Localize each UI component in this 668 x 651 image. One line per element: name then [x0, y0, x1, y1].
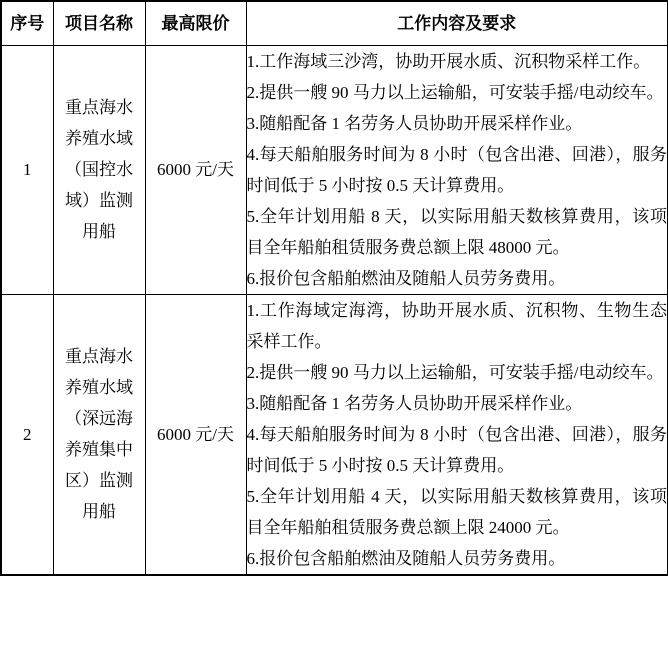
- row2-work-item-1: 1.工作海域定海湾，协助开展水质、沉积物、生物生态采样工作。: [247, 295, 668, 357]
- row2-max-price: 6000 元/天: [145, 294, 246, 575]
- row2-work-item-3: 3.随船配备 1 名劳务人员协助开展采样作业。: [247, 388, 668, 419]
- row1-work-content: 1.工作海域三沙湾，协助开展水质、沉积物采样工作。 2.提供一艘 90 马力以上…: [246, 45, 668, 294]
- row1-serial-number: 1: [1, 45, 53, 294]
- row2-project-name: 重点海水 养殖水域 （深远海 养殖集中 区）监测 用船: [53, 294, 145, 575]
- table-row: 2 重点海水 养殖水域 （深远海 养殖集中 区）监测 用船 6000 元/天 1…: [1, 294, 668, 575]
- row2-serial-number: 2: [1, 294, 53, 575]
- row1-work-item-6: 6.报价包含船舶燃油及随船人员劳务费用。: [247, 263, 668, 294]
- row1-max-price: 6000 元/天: [145, 45, 246, 294]
- row1-project-name: 重点海水 养殖水域 （国控水 域）监测 用船: [53, 45, 145, 294]
- row2-work-content: 1.工作海域定海湾，协助开展水质、沉积物、生物生态采样工作。 2.提供一艘 90…: [246, 294, 668, 575]
- row1-work-item-4: 4.每天船舶服务时间为 8 小时（包含出港、回港），服务时间低于 5 小时按 0…: [247, 139, 668, 201]
- row1-work-item-2: 2.提供一艘 90 马力以上运输船，可安装手摇/电动绞车。: [247, 77, 668, 108]
- table-row: 1 重点海水 养殖水域 （国控水 域）监测 用船 6000 元/天 1.工作海域…: [1, 45, 668, 294]
- row1-work-item-1: 1.工作海域三沙湾，协助开展水质、沉积物采样工作。: [247, 46, 668, 77]
- header-max-price: 最高限价: [145, 1, 246, 45]
- document-page: 序号 项目名称 最高限价 工作内容及要求 1 重点海水 养殖水域 （国控水 域）…: [0, 0, 668, 651]
- header-project-name: 项目名称: [53, 1, 145, 45]
- row2-work-item-6: 6.报价包含船舶燃油及随船人员劳务费用。: [247, 543, 668, 574]
- header-serial-number: 序号: [1, 1, 53, 45]
- row2-work-item-2: 2.提供一艘 90 马力以上运输船，可安装手摇/电动绞车。: [247, 357, 668, 388]
- header-work-content: 工作内容及要求: [246, 1, 668, 45]
- row2-work-item-4: 4.每天船舶服务时间为 8 小时（包含出港、回港），服务时间低于 5 小时按 0…: [247, 419, 668, 481]
- project-spec-table: 序号 项目名称 最高限价 工作内容及要求 1 重点海水 养殖水域 （国控水 域）…: [0, 0, 668, 576]
- row2-work-item-5: 5.全年计划用船 4 天，以实际用船天数核算费用，该项目全年船舶租赁服务费总额上…: [247, 481, 668, 543]
- table-header-row: 序号 项目名称 最高限价 工作内容及要求: [1, 1, 668, 45]
- row1-work-item-3: 3.随船配备 1 名劳务人员协助开展采样作业。: [247, 108, 668, 139]
- row1-work-item-5: 5.全年计划用船 8 天，以实际用船天数核算费用，该项目全年船舶租赁服务费总额上…: [247, 201, 668, 263]
